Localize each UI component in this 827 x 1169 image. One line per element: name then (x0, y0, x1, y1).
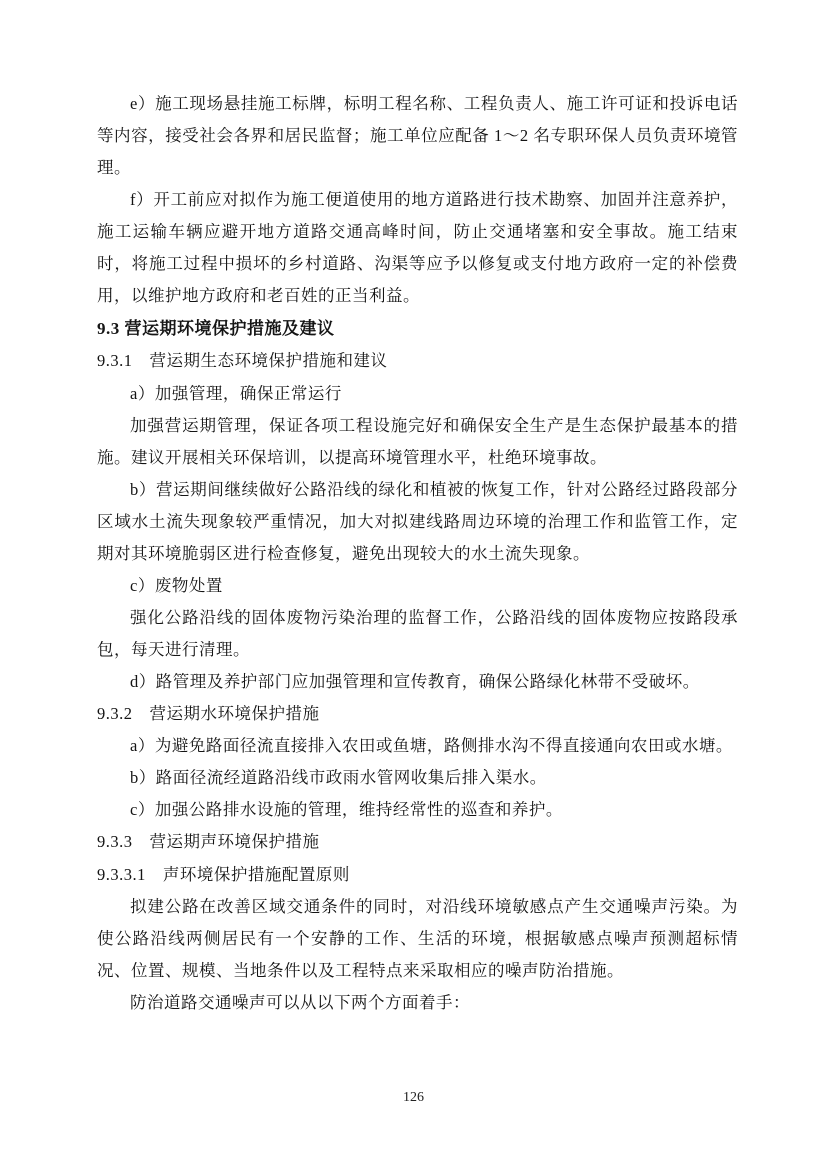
paragraph-noise-prevention-lead: 防治道路交通噪声可以从以下两个方面着手： (97, 987, 738, 1019)
section-heading-9-3-3: 9.3.3 营运期声环境保护措施 (97, 826, 738, 859)
item-c-waste-disposal: c）废物处置 (97, 570, 738, 602)
section-heading-9-3-2: 9.3.2 营运期水环境保护措施 (97, 698, 738, 731)
paragraph-noise-pollution: 拟建公路在改善区域交通条件的同时，对沿线环境敏感点产生交通噪声污染。为使公路沿线… (97, 891, 738, 987)
section-heading-9-3: 9.3 营运期环境保护措施及建议 (97, 312, 738, 345)
item-b-greening-restoration: b）营运期间继续做好公路沿线的绿化和植被的恢复工作，针对公路经过路段部分区域水土… (97, 474, 738, 570)
item-a-runoff-farmland: a）为避免路面径流直接排入农田或鱼塘，路侧排水沟不得直接通向农田或水塘。 (97, 730, 738, 762)
page-number: 126 (0, 1088, 827, 1108)
section-heading-9-3-1: 9.3.1 营运期生态环境保护措施和建议 (97, 345, 738, 378)
item-a-strengthen-management: a）加强管理，确保正常运行 (97, 378, 738, 410)
paragraph-solid-waste: 强化公路沿线的固体废物污染治理的监督工作，公路沿线的固体废物应按路段承包，每天进… (97, 602, 738, 666)
paragraph-road-survey: f）开工前应对拟作为施工便道使用的地方道路进行技术勘察、加固并注意养护，施工运输… (97, 184, 738, 312)
document-page: e）施工现场悬挂施工标牌，标明工程名称、工程负责人、施工许可证和投诉电话等内容，… (0, 0, 827, 1169)
section-heading-9-3-3-1: 9.3.3.1 声环境保护措施配置原则 (97, 859, 738, 892)
item-c-drainage-management: c）加强公路排水设施的管理，维持经常性的巡查和养护。 (97, 794, 738, 826)
paragraph-operation-management: 加强营运期管理，保证各项工程设施完好和确保安全生产是生态保护最基本的措施。建议开… (97, 410, 738, 474)
item-b-rainwater-network: b）路面径流经道路沿线市政雨水管网收集后排入渠水。 (97, 762, 738, 794)
paragraph-construction-sign: e）施工现场悬挂施工标牌，标明工程名称、工程负责人、施工许可证和投诉电话等内容，… (97, 88, 738, 184)
item-d-road-maintenance: d）路管理及养护部门应加强管理和宣传教育，确保公路绿化林带不受破坏。 (97, 666, 738, 698)
page-content: e）施工现场悬挂施工标牌，标明工程名称、工程负责人、施工许可证和投诉电话等内容，… (97, 88, 738, 1019)
